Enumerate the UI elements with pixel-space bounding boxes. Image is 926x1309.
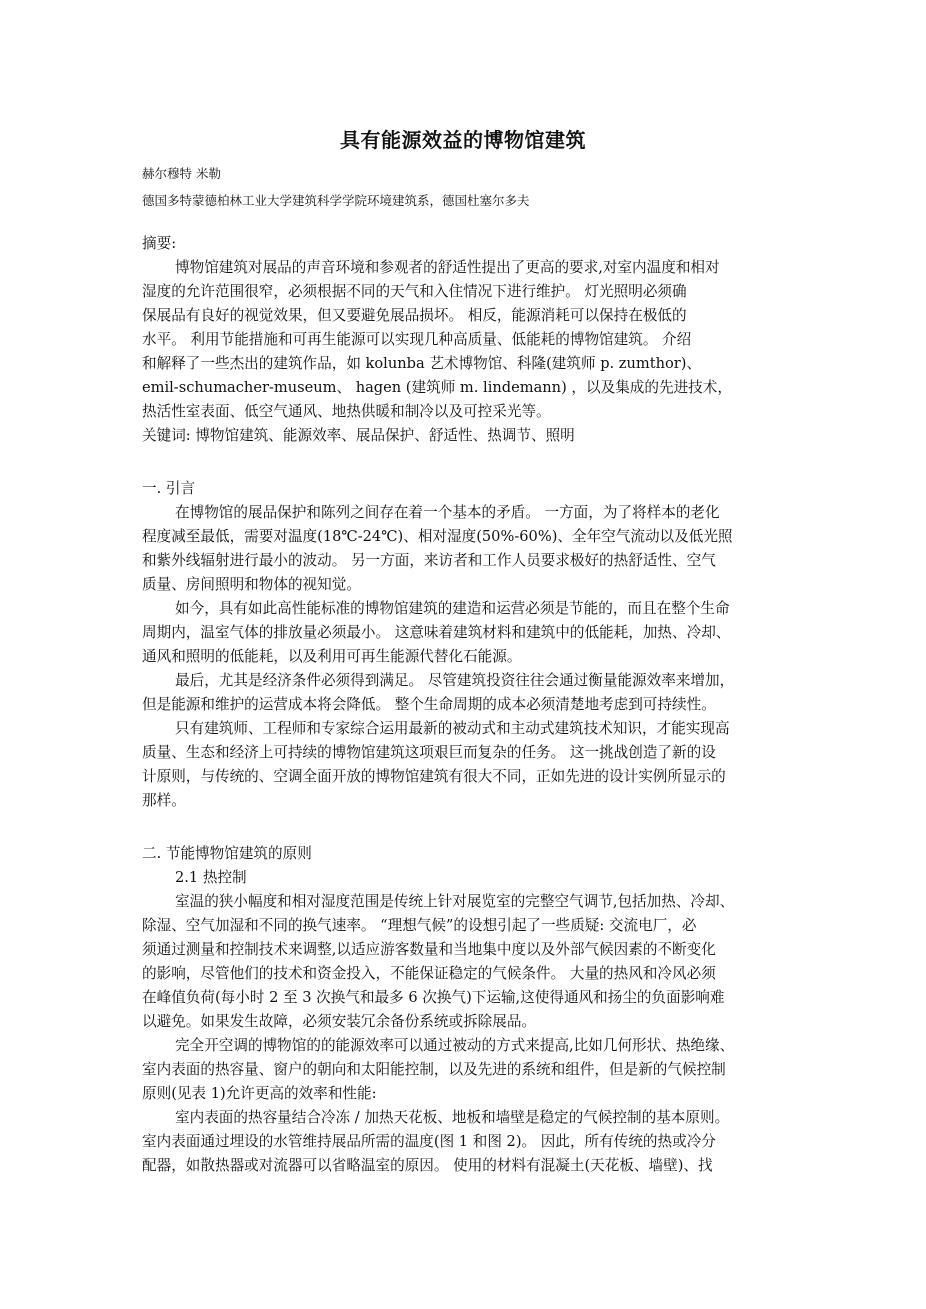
body-line: 周期内，温室气体的排放量必须最小。 这意味着建筑材料和建筑中的低能耗，加热、冷却…	[142, 621, 792, 645]
body-line: 原则(见表 1)允许更高的效率和性能:	[142, 1082, 792, 1106]
body-line: 质量、生态和经济上可持续的博物馆建筑这项艰巨而复杂的任务。 这一挑战创造了新的设	[142, 741, 792, 765]
body-line: 完全开空调的博物馆的的能源效率可以通过被动的方式来提高,比如几何形状、热绝缘、	[175, 1034, 825, 1058]
affiliation: 德国多特蒙德柏林工业大学建筑科学学院环境建筑系，德国杜塞尔多夫	[142, 191, 530, 209]
authors: 赫尔穆特 米勒	[142, 164, 221, 182]
body-line: 室内表面通过埋设的水管维持展品所需的温度(图 1 和图 2)。 因此，所有传统的…	[142, 1130, 792, 1154]
body-line: 须通过测量和控制技术来调整,以适应游客数量和当地集中度以及外部气候因素的不断变化	[142, 938, 792, 962]
section-heading: 二. 节能博物馆建筑的原则	[142, 842, 792, 866]
abstract-line: 和解释了一些杰出的建筑作品，如 kolunba 艺术博物馆、科隆(建筑师 p. …	[142, 352, 792, 376]
body-line: 那样。	[142, 789, 792, 813]
abstract-line: emil-schumacher-museum、 hagen (建筑师 m. li…	[142, 376, 792, 400]
document-title: 具有能源效益的博物馆建筑	[0, 124, 926, 153]
body-line: 通风和照明的低能耗，以及利用可再生能源代替化石能源。	[142, 645, 792, 669]
body-line: 的影响，尽管他们的技术和资金投入，不能保证稳定的气候条件。 大量的热风和冷风必须	[142, 962, 792, 986]
body-line: 程度减至最低，需要对温度(18℃-24℃)、相对湿度(50%-60%)、全年空气…	[142, 525, 792, 549]
subsection-heading: 2.1 热控制	[175, 866, 825, 890]
body-line: 室内表面的热容量、窗户的朝向和太阳能控制，以及先进的系统和组件，但是新的气候控制	[142, 1058, 792, 1082]
body-line: 只有建筑师、工程师和专家综合运用最新的被动式和主动式建筑技术知识，才能实现高	[175, 717, 825, 741]
body-line: 在博物馆的展品保护和陈列之间存在着一个基本的矛盾。 一方面，为了将样本的老化	[175, 501, 825, 525]
body-line: 最后，尤其是经济条件必须得到满足。 尽管建筑投资往往会通过衡量能源效率来增加，	[175, 669, 825, 693]
body-line: 但是能源和维护的运营成本将会降低。 整个生命周期的成本必须清楚地考虑到可持续性。	[142, 693, 792, 717]
keywords: 关键词: 博物馆建筑、能源效率、展品保护、舒适性、热调节、照明	[142, 424, 792, 448]
body-line: 质量、房间照明和物体的视知觉。	[142, 573, 792, 597]
body-line: 和紫外线辐射进行最小的波动。 另一方面，来访者和工作人员要求极好的热舒适性、空气	[142, 549, 792, 573]
body-line: 除湿、空气加湿和不同的换气速率。 “理想气候”的设想引起了一些质疑: 交流电厂，…	[142, 914, 792, 938]
body-line: 如今，具有如此高性能标准的博物馆建筑的建造和运营必须是节能的，而且在整个生命	[175, 597, 825, 621]
abstract-line: 水平。 利用节能措施和可再生能源可以实现几种高质量、低能耗的博物馆建筑。 介绍	[142, 328, 792, 352]
body-line: 配器，如散热器或对流器可以省略温室的原因。 使用的材料有混凝土(天花板、墙壁)、…	[142, 1154, 792, 1178]
body-line: 室内表面的热容量结合冷冻 / 加热天花板、地板和墙壁是稳定的气候控制的基本原则。	[175, 1106, 825, 1130]
document-page: 具有能源效益的博物馆建筑 赫尔穆特 米勒 德国多特蒙德柏林工业大学建筑科学学院环…	[0, 0, 926, 1309]
abstract-line: 保展品有良好的视觉效果，但又要避免展品损坏。 相反，能源消耗可以保持在极低的	[142, 304, 792, 328]
abstract-line: 湿度的允许范围很窄，必须根据不同的天气和入住情况下进行维护。 灯光照明必须确	[142, 280, 792, 304]
abstract-heading: 摘要:	[142, 232, 792, 256]
body-line: 计原则，与传统的、空调全面开放的博物馆建筑有很大不同，正如先进的设计实例所显示的	[142, 765, 792, 789]
abstract-line: 热活性室表面、低空气通风、地热供暖和制冷以及可控采光等。	[142, 400, 792, 424]
abstract-line: 博物馆建筑对展品的声音环境和参观者的舒适性提出了更高的要求,对室内温度和相对	[175, 256, 792, 280]
body-line: 以避免。如果发生故障，必须安装冗余备份系统或拆除展品。	[142, 1010, 792, 1034]
body-line: 在峰值负荷(每小时 2 至 3 次换气和最多 6 次换气)下运输,这使得通风和扬…	[142, 986, 792, 1010]
body-line: 室温的狭小幅度和相对湿度范围是传统上针对展览室的完整空气调节,包括加热、冷却、	[175, 890, 825, 914]
section-heading: 一. 引言	[142, 477, 792, 501]
